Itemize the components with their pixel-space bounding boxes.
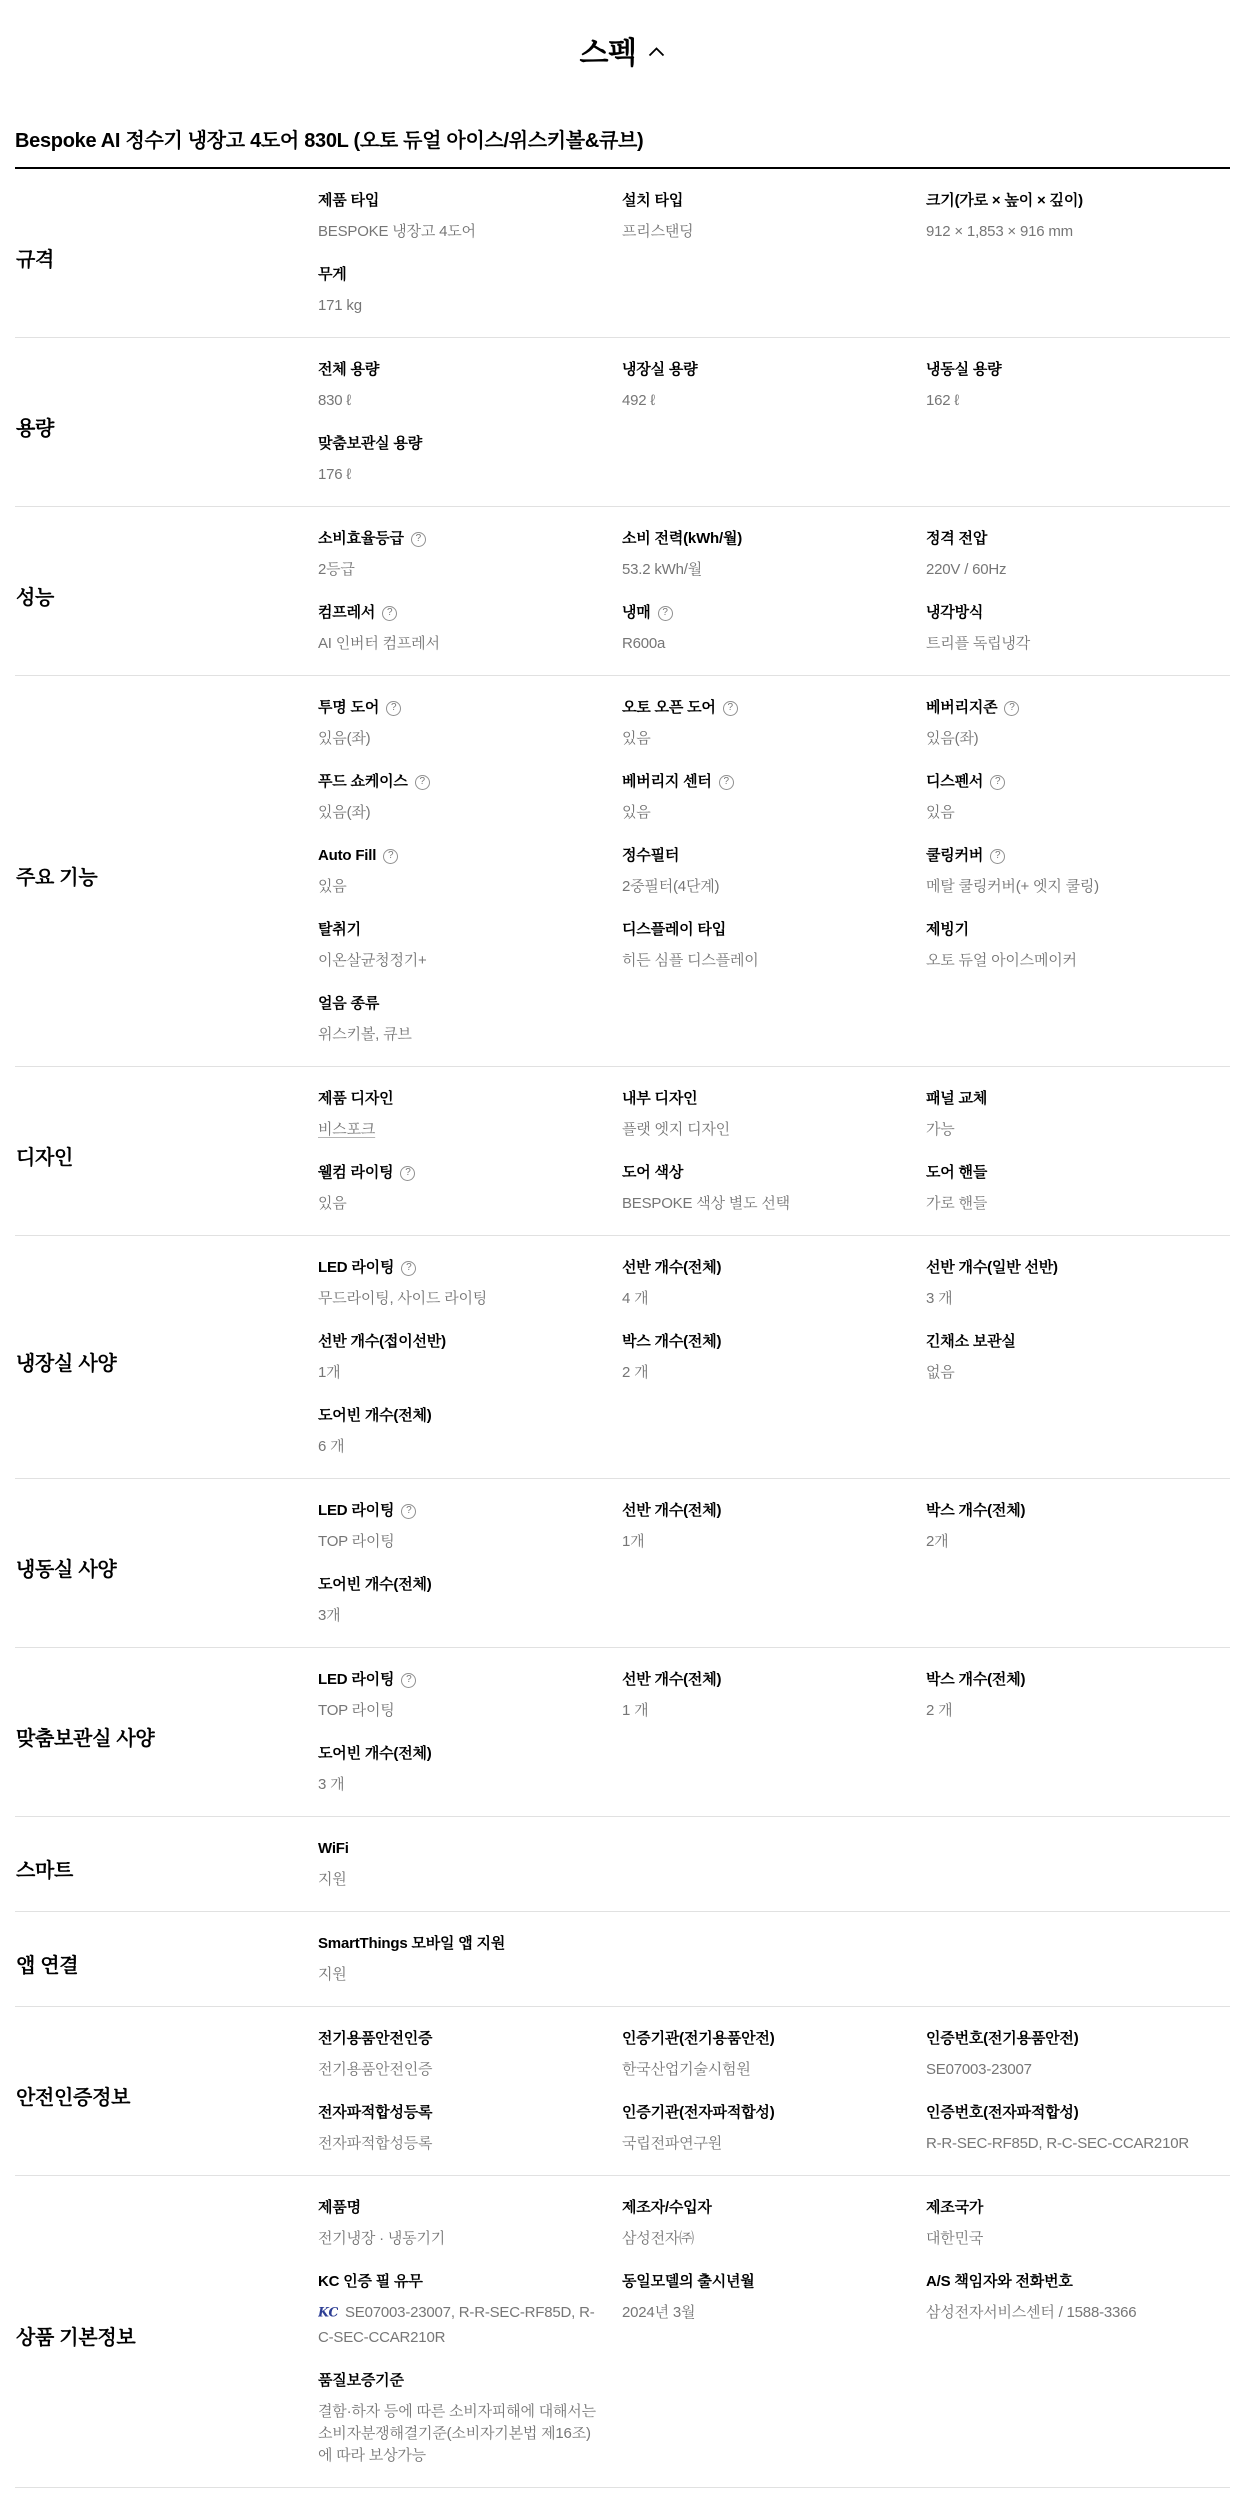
spec-item-value-text: 있음 — [318, 878, 347, 895]
section-items: SmartThings 모바일 앱 지원지원 — [318, 1934, 1230, 1992]
spec-item-value: 지원 — [318, 1964, 596, 1986]
spec-item-value-text: 무드라이팅, 사이드 라이팅 — [318, 1290, 487, 1307]
spec-item-label-row: SmartThings 모바일 앱 지원 — [318, 1934, 596, 1954]
spec-item: 소비효율등급?2등급 — [318, 529, 622, 581]
spec-item: 투명 도어?있음(좌) — [318, 698, 622, 750]
spec-item: LED 라이팅?TOP 라이팅 — [318, 1670, 622, 1722]
spec-item-value-text: 히든 심플 디스플레이 — [622, 952, 759, 969]
section-label: 냉동실 사양 — [15, 1501, 318, 1633]
spec-item: 탈취기이온살균청정기+ — [318, 920, 622, 972]
spec-section-toggle[interactable]: 스펙 — [15, 26, 1230, 72]
spec-item-label-row: A/S 책임자와 전화번호 — [926, 2272, 1204, 2292]
spec-item-label: 선반 개수(전체) — [622, 1670, 721, 1690]
section-items: LED 라이팅?TOP 라이팅선반 개수(전체)1개박스 개수(전체)2개도어빈… — [318, 1501, 1230, 1633]
spec-item: 도어 색상BESPOKE 색상 별도 선택 — [622, 1163, 926, 1215]
spec-row: 제품 타입BESPOKE 냉장고 4도어설치 타입프리스탠딩크기(가로 × 높이… — [318, 191, 1230, 243]
spec-item-label: 도어빈 개수(전체) — [318, 1575, 432, 1595]
spec-item: 냉동실 용량162 ℓ — [926, 360, 1230, 412]
spec-item-label: 인증기관(전기용품안전) — [622, 2029, 775, 2049]
spec-item-label-row: LED 라이팅? — [318, 1670, 596, 1690]
spec-item-label: 제조국가 — [926, 2198, 983, 2218]
spec-item-value: 있음(좌) — [318, 728, 596, 750]
section-label: 스마트 — [15, 1839, 318, 1897]
spec-row: 제품 디자인비스포크내부 디자인플랫 엣지 디자인패널 교체가능 — [318, 1089, 1230, 1141]
spec-row: 제품명전기냉장 · 냉동기기제조자/수입자삼성전자㈜제조국가대한민국 — [318, 2198, 1230, 2250]
spec-item-label: 정격 전압 — [926, 529, 987, 549]
spec-item-label-row: 제품명 — [318, 2198, 596, 2218]
spec-item-value: 트리플 독립냉각 — [926, 633, 1204, 655]
spec-item: 전기용품안전인증전기용품안전인증 — [318, 2029, 622, 2081]
spec-item: 베버리지존?있음(좌) — [926, 698, 1230, 750]
spec-item-label: KC 인증 필 유무 — [318, 2272, 423, 2292]
spec-item-label-row: 냉동실 용량 — [926, 360, 1204, 380]
spec-item-value-text: 2개 — [926, 1533, 948, 1550]
spec-item-label: A/S 책임자와 전화번호 — [926, 2272, 1073, 2292]
spec-row: 맞춤보관실 용량176 ℓ — [318, 434, 1230, 486]
question-circle-icon[interactable]: ? — [723, 701, 738, 716]
spec-row: 푸드 쇼케이스?있음(좌)베버리지 센터?있음디스펜서?있음 — [318, 772, 1230, 824]
spec-item-label-row: 인증기관(전기용품안전) — [622, 2029, 900, 2049]
section-items: WiFi지원 — [318, 1839, 1230, 1897]
spec-item: 내부 디자인플랫 엣지 디자인 — [622, 1089, 926, 1141]
spec-row: 소비효율등급?2등급소비 전력(kWh/월)53.2 kWh/월정격 전압220… — [318, 529, 1230, 581]
spec-item-value-text: 없음 — [926, 1364, 955, 1381]
spec-item-value-text: 지원 — [318, 1966, 347, 1983]
spec-item-label: 맞춤보관실 용량 — [318, 434, 422, 454]
spec-item-label: 긴채소 보관실 — [926, 1332, 1016, 1352]
spec-item-label: 디스펜서 — [926, 772, 983, 792]
spec-item-value: 830 ℓ — [318, 390, 596, 412]
spec-item: 냉장실 용량492 ℓ — [622, 360, 926, 412]
spec-item-value: 2 개 — [926, 1700, 1204, 1722]
question-circle-icon[interactable]: ? — [382, 606, 397, 621]
spec-item: 박스 개수(전체)2 개 — [622, 1332, 926, 1384]
spec-row: 선반 개수(접이선반)1개박스 개수(전체)2 개긴채소 보관실없음 — [318, 1332, 1230, 1384]
spec-item: 품질보증기준결함·하자 등에 따른 소비자피해에 대해서는 소비자분쟁해결기준(… — [318, 2371, 622, 2467]
spec-item-value-text: 1개 — [622, 1533, 644, 1550]
question-circle-icon[interactable]: ? — [1004, 701, 1019, 716]
spec-item-value: 있음 — [622, 728, 900, 750]
spec-item-value-text: 국립전파연구원 — [622, 2135, 722, 2152]
spec-item: 정수필터2중필터(4단계) — [622, 846, 926, 898]
spec-item-label-row: KC 인증 필 유무 — [318, 2272, 596, 2292]
section-items: 제품 디자인비스포크내부 디자인플랫 엣지 디자인패널 교체가능웰컴 라이팅?있… — [318, 1089, 1230, 1221]
spec-item: 도어빈 개수(전체)3개 — [318, 1575, 622, 1627]
spec-item-label-row: 맞춤보관실 용량 — [318, 434, 596, 454]
spec-item-value: 1 개 — [622, 1700, 900, 1722]
spec-item: KC 인증 필 유무KCSE07003-23007, R-R-SEC-RF85D… — [318, 2272, 622, 2349]
spec-item-value-text: 492 ℓ — [622, 392, 655, 409]
spec-item-value: TOP 라이팅 — [318, 1531, 596, 1553]
spec-item-value-text: 220V / 60Hz — [926, 561, 1006, 578]
spec-item-value: 삼성전자㈜ — [622, 2228, 900, 2250]
spec-item: 제품 타입BESPOKE 냉장고 4도어 — [318, 191, 622, 243]
spec-item: 제품 디자인비스포크 — [318, 1089, 622, 1141]
spec-item: 선반 개수(접이선반)1개 — [318, 1332, 622, 1384]
spec-item-label: LED 라이팅 — [318, 1501, 394, 1521]
spec-item-label: 전기용품안전인증 — [318, 2029, 432, 2049]
spec-item: 냉매?R600a — [622, 603, 926, 655]
question-circle-icon[interactable]: ? — [415, 775, 430, 790]
spec-item-label-row: 박스 개수(전체) — [926, 1501, 1204, 1521]
spec-item-value-text: R600a — [622, 635, 665, 652]
spec-section: 앱 연결SmartThings 모바일 앱 지원지원 — [15, 1912, 1230, 2007]
spec-item-label: 컴프레서 — [318, 603, 375, 623]
spec-item-label-row: 소비 전력(kWh/월) — [622, 529, 900, 549]
section-items: 제품 타입BESPOKE 냉장고 4도어설치 타입프리스탠딩크기(가로 × 높이… — [318, 191, 1230, 323]
spec-item-label-row: 오토 오픈 도어? — [622, 698, 900, 718]
spec-item-label-row: 정격 전압 — [926, 529, 1204, 549]
spec-item: 인증기관(전기용품안전)한국산업기술시험원 — [622, 2029, 926, 2081]
question-circle-icon[interactable]: ? — [990, 849, 1005, 864]
kc-certification-icon: KC — [318, 2304, 338, 2327]
section-items: 투명 도어?있음(좌)오토 오픈 도어?있음베버리지존?있음(좌)푸드 쇼케이스… — [318, 698, 1230, 1052]
spec-item-value: 이온살균청정기+ — [318, 950, 596, 972]
spec-item-label: 정수필터 — [622, 846, 679, 866]
spec-row: 전체 용량830 ℓ냉장실 용량492 ℓ냉동실 용량162 ℓ — [318, 360, 1230, 412]
spec-item: 도어빈 개수(전체)6 개 — [318, 1406, 622, 1458]
spec-item: 선반 개수(전체)4 개 — [622, 1258, 926, 1310]
spec-section-title: 스펙 — [580, 28, 637, 72]
section-label: 안전인증정보 — [15, 2029, 318, 2161]
spec-item-value-text: 3 개 — [318, 1776, 344, 1793]
spec-row: 무게171 kg — [318, 265, 1230, 317]
question-circle-icon[interactable]: ? — [400, 1166, 415, 1181]
spec-item-value-text: 6 개 — [318, 1438, 344, 1455]
spec-item-value: BESPOKE 냉장고 4도어 — [318, 221, 596, 243]
spec-table: 규격제품 타입BESPOKE 냉장고 4도어설치 타입프리스탠딩크기(가로 × … — [15, 167, 1230, 2488]
spec-item-value-text: 전기냉장 · 냉동기기 — [318, 2230, 445, 2247]
spec-item: 소비 전력(kWh/월)53.2 kWh/월 — [622, 529, 926, 581]
spec-item-value: 있음 — [926, 802, 1204, 824]
spec-item: 긴채소 보관실없음 — [926, 1332, 1230, 1384]
spec-item-value-text: 2등급 — [318, 561, 355, 578]
spec-item-label-row: 제품 타입 — [318, 191, 596, 211]
spec-item-label: 무게 — [318, 265, 347, 285]
spec-item-value: 가능 — [926, 1119, 1204, 1141]
spec-row: 탈취기이온살균청정기+디스플레이 타입히든 심플 디스플레이제빙기오토 듀얼 아… — [318, 920, 1230, 972]
spec-item-value: 2등급 — [318, 559, 596, 581]
spec-item-label: 냉매 — [622, 603, 651, 623]
spec-item-value-text: 가로 핸들 — [926, 1195, 987, 1212]
spec-item-value-text: 지원 — [318, 1871, 347, 1888]
spec-item-value-text: 있음(좌) — [318, 804, 370, 821]
spec-item: 선반 개수(전체)1개 — [622, 1501, 926, 1553]
spec-item-label: 선반 개수(전체) — [622, 1258, 721, 1278]
spec-item-label: 냉장실 용량 — [622, 360, 697, 380]
spec-item-label: 쿨링커버 — [926, 846, 983, 866]
spec-item: 인증번호(전자파적합성)R-R-SEC-RF85D, R-C-SEC-CCAR2… — [926, 2103, 1230, 2155]
section-items: LED 라이팅?무드라이팅, 사이드 라이팅선반 개수(전체)4 개선반 개수(… — [318, 1258, 1230, 1464]
spec-row: 도어빈 개수(전체)3 개 — [318, 1744, 1230, 1796]
spec-item: 푸드 쇼케이스?있음(좌) — [318, 772, 622, 824]
section-items: 소비효율등급?2등급소비 전력(kWh/월)53.2 kWh/월정격 전압220… — [318, 529, 1230, 661]
spec-item-value: BESPOKE 색상 별도 선택 — [622, 1193, 900, 1215]
spec-item-value: 있음 — [318, 876, 596, 898]
spec-item: 제조국가대한민국 — [926, 2198, 1230, 2250]
spec-item: 베버리지 센터?있음 — [622, 772, 926, 824]
spec-item-label: 동일모델의 출시년월 — [622, 2272, 755, 2292]
spec-row: 품질보증기준결함·하자 등에 따른 소비자피해에 대해서는 소비자분쟁해결기준(… — [318, 2371, 1230, 2467]
spec-item-label: 박스 개수(전체) — [926, 1501, 1025, 1521]
spec-row: WiFi지원 — [318, 1839, 1230, 1891]
spec-item-value: 2중필터(4단계) — [622, 876, 900, 898]
spec-section: 성능소비효율등급?2등급소비 전력(kWh/월)53.2 kWh/월정격 전압2… — [15, 507, 1230, 676]
spec-item-value: 2024년 3월 — [622, 2302, 900, 2324]
spec-item-value-text: 830 ℓ — [318, 392, 351, 409]
spec-item-label-row: 정수필터 — [622, 846, 900, 866]
spec-item-value-text: 53.2 kWh/월 — [622, 561, 702, 578]
spec-item-value: 1개 — [622, 1531, 900, 1553]
spec-item-value: 162 ℓ — [926, 390, 1204, 412]
spec-item-label-row: 내부 디자인 — [622, 1089, 900, 1109]
question-circle-icon[interactable]: ? — [386, 701, 401, 716]
spec-item-label-row: 얼음 종류 — [318, 994, 596, 1014]
spec-item-value: 있음(좌) — [318, 802, 596, 824]
spec-item-label-row: 베버리지 센터? — [622, 772, 900, 792]
spec-item-value: 무드라이팅, 사이드 라이팅 — [318, 1288, 596, 1310]
spec-row: LED 라이팅?무드라이팅, 사이드 라이팅선반 개수(전체)4 개선반 개수(… — [318, 1258, 1230, 1310]
spec-item-label: 냉각방식 — [926, 603, 983, 623]
chevron-up-icon[interactable] — [648, 47, 665, 57]
svg-text:KC: KC — [318, 2304, 338, 2319]
spec-item-value-text: 2024년 3월 — [622, 2304, 695, 2321]
spec-item-value: 오토 듀얼 아이스메이커 — [926, 950, 1204, 972]
spec-page: 스펙 Bespoke AI 정수기 냉장고 4도어 830L (오토 듀얼 아이… — [0, 0, 1245, 2518]
spec-item-label: 전자파적합성등록 — [318, 2103, 432, 2123]
section-label: 규격 — [15, 191, 318, 323]
spec-item-value-text: 전자파적합성등록 — [318, 2135, 432, 2152]
spec-item-value: 1개 — [318, 1362, 596, 1384]
spec-item-label: 소비 전력(kWh/월) — [622, 529, 742, 549]
spec-item: 패널 교체가능 — [926, 1089, 1230, 1141]
spec-item-label: 도어 색상 — [622, 1163, 683, 1183]
spec-item-value-text: 4 개 — [622, 1290, 648, 1307]
section-label: 상품 기본정보 — [15, 2198, 318, 2473]
section-items: 제품명전기냉장 · 냉동기기제조자/수입자삼성전자㈜제조국가대한민국KC 인증 … — [318, 2198, 1230, 2473]
spec-item-label: 박스 개수(전체) — [622, 1332, 721, 1352]
spec-item-value: 메탈 쿨링커버(+ 엣지 쿨링) — [926, 876, 1204, 898]
spec-item: 인증번호(전기용품안전)SE07003-23007 — [926, 2029, 1230, 2081]
spec-item: 제빙기오토 듀얼 아이스메이커 — [926, 920, 1230, 972]
spec-item: 박스 개수(전체)2 개 — [926, 1670, 1230, 1722]
spec-item-label: Auto Fill — [318, 846, 376, 866]
spec-item-value-text: 대한민국 — [926, 2230, 983, 2247]
spec-item-value-text: 3 개 — [926, 1290, 952, 1307]
spec-item-label-row: 소비효율등급? — [318, 529, 596, 549]
spec-item-value: 삼성전자서비스센터 / 1588-3366 — [926, 2302, 1204, 2324]
spec-item-label-row: 제품 디자인 — [318, 1089, 596, 1109]
spec-item-value-text: 이온살균청정기+ — [318, 952, 427, 969]
spec-item-label-row: 선반 개수(전체) — [622, 1258, 900, 1278]
spec-item-label-row: 인증번호(전기용품안전) — [926, 2029, 1204, 2049]
spec-item: 제품명전기냉장 · 냉동기기 — [318, 2198, 622, 2250]
spec-section: 용량전체 용량830 ℓ냉장실 용량492 ℓ냉동실 용량162 ℓ맞춤보관실 … — [15, 338, 1230, 507]
section-label: 앱 연결 — [15, 1934, 318, 1992]
spec-item-value: 결함·하자 등에 따른 소비자피해에 대해서는 소비자분쟁해결기준(소비자기본법… — [318, 2401, 596, 2467]
spec-item: 맞춤보관실 용량176 ℓ — [318, 434, 622, 486]
spec-item-label-row: LED 라이팅? — [318, 1501, 596, 1521]
spec-item-label: 인증번호(전기용품안전) — [926, 2029, 1079, 2049]
spec-item-label: 냉동실 용량 — [926, 360, 1001, 380]
spec-item-label: 인증기관(전자파적합성) — [622, 2103, 775, 2123]
spec-item-value-text: 트리플 독립냉각 — [926, 635, 1030, 652]
spec-item-value-text: R-R-SEC-RF85D, R-C-SEC-CCAR210R — [926, 2135, 1189, 2152]
spec-item-value: 171 kg — [318, 295, 596, 317]
spec-item-label: 투명 도어 — [318, 698, 379, 718]
spec-item-value: 3 개 — [926, 1288, 1204, 1310]
spec-item-label: 제품 디자인 — [318, 1089, 393, 1109]
spec-item: 전체 용량830 ℓ — [318, 360, 622, 412]
spec-item-value: 가로 핸들 — [926, 1193, 1204, 1215]
spec-item-label-row: 인증번호(전자파적합성) — [926, 2103, 1204, 2123]
spec-item: 정격 전압220V / 60Hz — [926, 529, 1230, 581]
spec-section: 디자인제품 디자인비스포크내부 디자인플랫 엣지 디자인패널 교체가능웰컴 라이… — [15, 1067, 1230, 1236]
section-label: 주요 기능 — [15, 698, 318, 1052]
spec-item-label-row: 냉각방식 — [926, 603, 1204, 623]
question-circle-icon[interactable]: ? — [383, 849, 398, 864]
question-circle-icon[interactable]: ? — [401, 1261, 416, 1276]
spec-item: WiFi지원 — [318, 1839, 622, 1891]
spec-item-label: 인증번호(전자파적합성) — [926, 2103, 1079, 2123]
spec-item-value-text: 1개 — [318, 1364, 340, 1381]
spec-item-value: 대한민국 — [926, 2228, 1204, 2250]
spec-row: LED 라이팅?TOP 라이팅선반 개수(전체)1 개박스 개수(전체)2 개 — [318, 1670, 1230, 1722]
spec-item-label-row: WiFi — [318, 1839, 596, 1859]
spec-item-label: 제품 타입 — [318, 191, 379, 211]
spec-item-label-row: 제빙기 — [926, 920, 1204, 940]
spec-item-label: WiFi — [318, 1839, 349, 1859]
spec-item-value-text: SE07003-23007, R-R-SEC-RF85D, R-C-SEC-CC… — [318, 2304, 595, 2346]
spec-item-label-row: 품질보증기준 — [318, 2371, 596, 2391]
spec-item-label: 소비효율등급 — [318, 529, 404, 549]
spec-item-value: 비스포크 — [318, 1119, 596, 1141]
spec-item-value: 있음 — [622, 802, 900, 824]
spec-item: 박스 개수(전체)2개 — [926, 1501, 1230, 1553]
spec-item-value-text: 플랫 엣지 디자인 — [622, 1121, 730, 1138]
spec-item-label-row: 전자파적합성등록 — [318, 2103, 596, 2123]
spec-item-value: 전기용품안전인증 — [318, 2059, 596, 2081]
spec-item-label-row: 박스 개수(전체) — [622, 1332, 900, 1352]
question-circle-icon[interactable]: ? — [658, 606, 673, 621]
spec-item: 도어 핸들가로 핸들 — [926, 1163, 1230, 1215]
spec-item-label: LED 라이팅 — [318, 1670, 394, 1690]
question-circle-icon[interactable]: ? — [401, 1504, 416, 1519]
spec-item-value-text: 삼성전자㈜ — [622, 2230, 694, 2247]
spec-item-label: 품질보증기준 — [318, 2371, 404, 2391]
spec-item-value: R600a — [622, 633, 900, 655]
spec-item-label-row: 도어 핸들 — [926, 1163, 1204, 1183]
spec-item-value-text: 가능 — [926, 1121, 955, 1138]
spec-item-value: R-R-SEC-RF85D, R-C-SEC-CCAR210R — [926, 2133, 1204, 2155]
spec-item: 도어빈 개수(전체)3 개 — [318, 1744, 622, 1796]
spec-item-label-row: 제조국가 — [926, 2198, 1204, 2218]
spec-item-label-row: 베버리지존? — [926, 698, 1204, 718]
spec-item-label: 박스 개수(전체) — [926, 1670, 1025, 1690]
spec-item-value: 전기냉장 · 냉동기기 — [318, 2228, 596, 2250]
spec-item: 얼음 종류위스키볼, 큐브 — [318, 994, 622, 1046]
spec-item-value-text: 오토 듀얼 아이스메이커 — [926, 952, 1077, 969]
spec-item-value-text: 있음 — [622, 730, 651, 747]
spec-item-value: SE07003-23007 — [926, 2059, 1204, 2081]
spec-item-value: 176 ℓ — [318, 464, 596, 486]
spec-item-label-row: 제조자/수입자 — [622, 2198, 900, 2218]
spec-item-value-text: 3개 — [318, 1607, 340, 1624]
spec-item-label-row: 투명 도어? — [318, 698, 596, 718]
spec-section: 냉동실 사양LED 라이팅?TOP 라이팅선반 개수(전체)1개박스 개수(전체… — [15, 1479, 1230, 1648]
section-label: 용량 — [15, 360, 318, 492]
question-circle-icon[interactable]: ? — [401, 1673, 416, 1688]
spec-item-label: 제조자/수입자 — [622, 2198, 712, 2218]
spec-row: LED 라이팅?TOP 라이팅선반 개수(전체)1개박스 개수(전체)2개 — [318, 1501, 1230, 1553]
spec-section: 주요 기능투명 도어?있음(좌)오토 오픈 도어?있음베버리지존?있음(좌)푸드… — [15, 676, 1230, 1067]
spec-item-label: 오토 오픈 도어 — [622, 698, 716, 718]
spec-item-value-text: 전기용품안전인증 — [318, 2061, 432, 2078]
spec-row: 도어빈 개수(전체)6 개 — [318, 1406, 1230, 1458]
spec-item: 제조자/수입자삼성전자㈜ — [622, 2198, 926, 2250]
spec-item-value-text: BESPOKE 냉장고 4도어 — [318, 223, 476, 240]
spec-item-value-text: 있음 — [926, 804, 955, 821]
question-circle-icon[interactable]: ? — [719, 775, 734, 790]
question-circle-icon[interactable]: ? — [411, 532, 426, 547]
spec-item-label: 탈취기 — [318, 920, 361, 940]
spec-row: SmartThings 모바일 앱 지원지원 — [318, 1934, 1230, 1986]
spec-item-value: 있음 — [318, 1193, 596, 1215]
spec-item-value: 전자파적합성등록 — [318, 2133, 596, 2155]
spec-item: 냉각방식트리플 독립냉각 — [926, 603, 1230, 655]
spec-item-label-row: Auto Fill? — [318, 846, 596, 866]
spec-item: A/S 책임자와 전화번호삼성전자서비스센터 / 1588-3366 — [926, 2272, 1230, 2349]
spec-row: 얼음 종류위스키볼, 큐브 — [318, 994, 1230, 1046]
section-label: 성능 — [15, 529, 318, 661]
spec-item-value: 있음(좌) — [926, 728, 1204, 750]
spec-item: 무게171 kg — [318, 265, 622, 317]
spec-item-value: 플랫 엣지 디자인 — [622, 1119, 900, 1141]
spec-item-label-row: 웰컴 라이팅? — [318, 1163, 596, 1183]
spec-item: 디스펜서?있음 — [926, 772, 1230, 824]
spec-item-label-row: 도어 색상 — [622, 1163, 900, 1183]
spec-row: 도어빈 개수(전체)3개 — [318, 1575, 1230, 1627]
spec-item-value-text: 2 개 — [622, 1364, 648, 1381]
spec-section: 상품 기본정보제품명전기냉장 · 냉동기기제조자/수입자삼성전자㈜제조국가대한민… — [15, 2176, 1230, 2488]
spec-row: 투명 도어?있음(좌)오토 오픈 도어?있음베버리지존?있음(좌) — [318, 698, 1230, 750]
spec-item: Auto Fill?있음 — [318, 846, 622, 898]
spec-item-label-row: 냉장실 용량 — [622, 360, 900, 380]
spec-item-label-row: 설치 타입 — [622, 191, 900, 211]
spec-row: 컴프레서?AI 인버터 컴프레서냉매?R600a냉각방식트리플 독립냉각 — [318, 603, 1230, 655]
section-items: LED 라이팅?TOP 라이팅선반 개수(전체)1 개박스 개수(전체)2 개도… — [318, 1670, 1230, 1802]
question-circle-icon[interactable]: ? — [990, 775, 1005, 790]
spec-item-label-row: 동일모델의 출시년월 — [622, 2272, 900, 2292]
spec-item-value-text: 결함·하자 등에 따른 소비자피해에 대해서는 소비자분쟁해결기준(소비자기본법… — [318, 2403, 596, 2464]
spec-item-value: 위스키볼, 큐브 — [318, 1024, 596, 1046]
spec-item-value: 2개 — [926, 1531, 1204, 1553]
spec-item-label-row: 선반 개수(전체) — [622, 1670, 900, 1690]
spec-item-label-row: 디스펜서? — [926, 772, 1204, 792]
spec-item-label-row: 푸드 쇼케이스? — [318, 772, 596, 792]
spec-item: 인증기관(전자파적합성)국립전파연구원 — [622, 2103, 926, 2155]
spec-item-value: 220V / 60Hz — [926, 559, 1204, 581]
spec-item: 설치 타입프리스탠딩 — [622, 191, 926, 243]
spec-item-value-text: 912 × 1,853 × 916 mm — [926, 223, 1073, 240]
spec-item: 전자파적합성등록전자파적합성등록 — [318, 2103, 622, 2155]
spec-item-value-text: TOP 라이팅 — [318, 1702, 395, 1719]
spec-item-value: 3개 — [318, 1605, 596, 1627]
spec-item-label: 선반 개수(일반 선반) — [926, 1258, 1058, 1278]
spec-item-value: 53.2 kWh/월 — [622, 559, 900, 581]
section-label: 디자인 — [15, 1089, 318, 1221]
spec-row: 전자파적합성등록전자파적합성등록인증기관(전자파적합성)국립전파연구원인증번호(… — [318, 2103, 1230, 2155]
